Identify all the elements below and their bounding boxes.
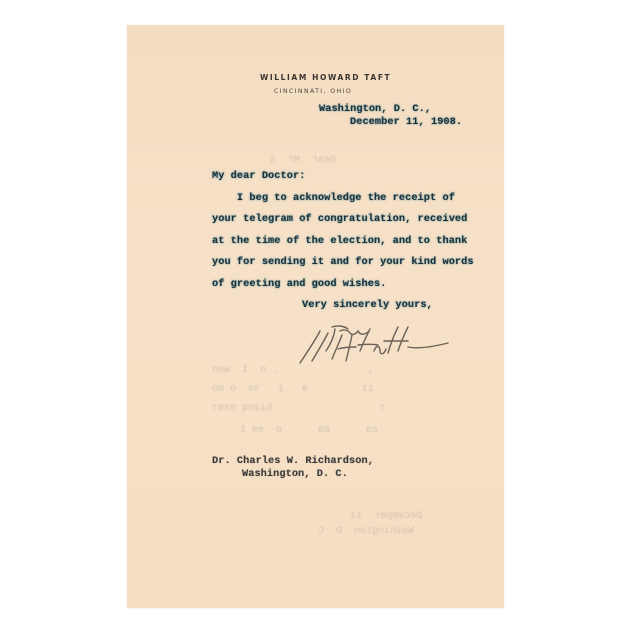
show-through-text: rese posid r (212, 403, 386, 414)
body-line: you for sending it and for your kind wor… (212, 256, 474, 268)
body-line: of greeting and good wishes. (212, 278, 386, 290)
recipient-name: Dr. Charles W. Richardson, (212, 455, 374, 467)
body-line: I beg to acknowledge the receipt of (212, 192, 455, 204)
show-through-text: on o or i e ti (212, 384, 374, 395)
recipient-address: Washington, D. C. (242, 468, 348, 480)
closing: Very sincerely yours, (302, 299, 433, 311)
show-through-text: Decemper 11 (350, 511, 422, 522)
show-through-text: new I o . , (212, 365, 374, 376)
salutation: My dear Doctor: (212, 170, 305, 182)
show-through-text: I ee o ea es (240, 425, 378, 436)
letterhead-city: CINCINNATI, OHIO (274, 88, 352, 95)
dateline-place: Washington, D. C., (319, 103, 431, 115)
show-through-text: Dear Mr s (270, 155, 336, 166)
body-line: your telegram of congratulation, receive… (212, 213, 467, 225)
letter-paper (127, 25, 504, 608)
body-line: at the time of the election, and to than… (212, 235, 467, 247)
dateline-date: December 11, 1908. (350, 116, 462, 128)
show-through-text: Washington D C (318, 526, 414, 537)
letterhead-name: WILLIAM HOWARD TAFT (260, 73, 391, 82)
